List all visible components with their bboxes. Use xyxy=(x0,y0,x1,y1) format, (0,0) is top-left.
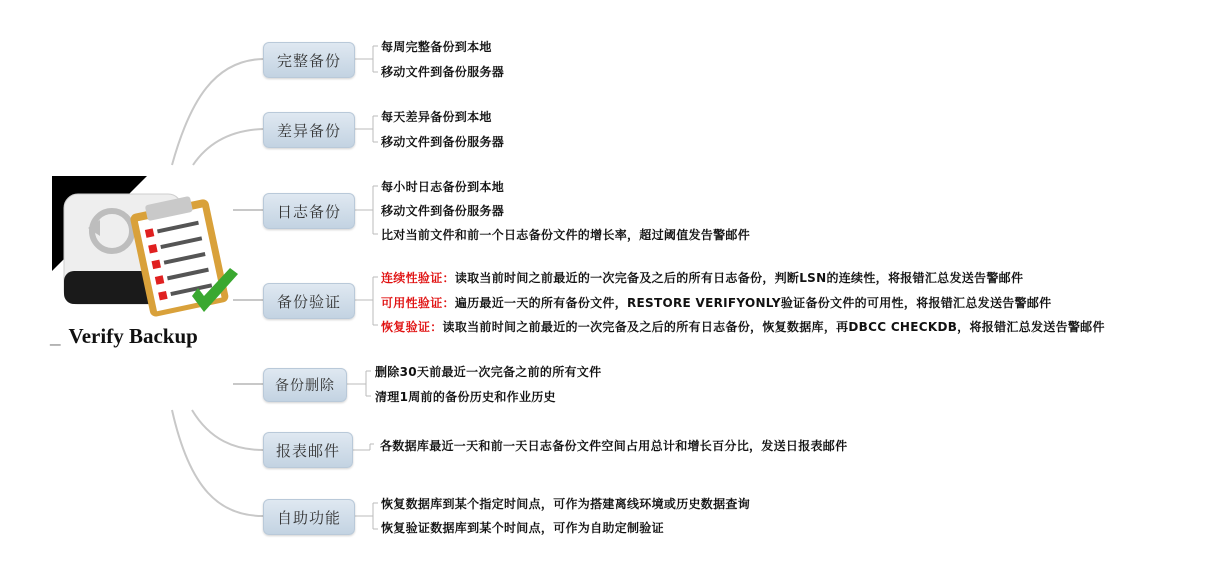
root-prefix: _ xyxy=(50,324,61,348)
leaf-item: 可用性验证：遍历最近一天的所有备份文件，RESTORE VERIFYONLY验证… xyxy=(381,294,1051,311)
branch-node-report-mail[interactable]: 报表邮件 xyxy=(263,432,353,468)
leaf-item: 比对当前文件和前一个日志备份文件的增长率，超过阈值发告警邮件 xyxy=(381,226,750,243)
leaf-item: 恢复验证数据库到某个时间点，可作为自助定制验证 xyxy=(381,519,664,536)
leaf-item: 恢复数据库到某个指定时间点，可作为搭建离线环境或历史数据查询 xyxy=(381,495,750,512)
branch-node-full-backup[interactable]: 完整备份 xyxy=(263,42,355,78)
root-node: _Verify Backup xyxy=(50,324,198,349)
leaf-item: 移动文件到备份服务器 xyxy=(381,63,504,80)
leaf-item: 各数据库最近一天和前一天日志备份文件空间占用总计和增长百分比，发送日报表邮件 xyxy=(380,437,847,454)
branch-node-backup-delete[interactable]: 备份删除 xyxy=(263,368,347,402)
leaf-highlight: 恢复验证： xyxy=(381,320,443,334)
branch-node-self-service[interactable]: 自助功能 xyxy=(263,499,355,535)
leaf-text: 读取当前时间之前最近的一次完备及之后的所有日志备份，判断LSN的连续性，将报错汇… xyxy=(455,271,1023,285)
root-label: Verify Backup xyxy=(69,324,198,348)
leaf-item: 移动文件到备份服务器 xyxy=(381,133,504,150)
leaf-item: 每小时日志备份到本地 xyxy=(381,178,504,195)
leaf-item: 删除30天前最近一次完备之前的所有文件 xyxy=(375,363,601,380)
leaf-text: 读取当前时间之前最近的一次完备及之后的所有日志备份，恢复数据库，再DBCC CH… xyxy=(443,320,1105,334)
leaf-item: 移动文件到备份服务器 xyxy=(381,202,504,219)
leaf-item: 连续性验证：读取当前时间之前最近的一次完备及之后的所有日志备份，判断LSN的连续… xyxy=(381,269,1023,286)
leaf-item: 清理1周前的备份历史和作业历史 xyxy=(375,388,556,405)
branch-node-log-backup[interactable]: 日志备份 xyxy=(263,193,355,229)
leaf-highlight: 连续性验证： xyxy=(381,271,455,285)
leaf-item: 恢复验证：读取当前时间之前最近的一次完备及之后的所有日志备份，恢复数据库，再DB… xyxy=(381,318,1105,335)
backup-drive-checklist-icon xyxy=(52,176,242,326)
leaf-item: 每周完整备份到本地 xyxy=(381,38,492,55)
leaf-text: 遍历最近一天的所有备份文件，RESTORE VERIFYONLY验证备份文件的可… xyxy=(455,296,1052,310)
branch-node-differential-backup[interactable]: 差异备份 xyxy=(263,112,355,148)
mind-map: _Verify Backup 完整备份 每周完整备份到本地 移动文件到备份服务器… xyxy=(0,0,1212,576)
leaf-item: 每天差异备份到本地 xyxy=(381,108,492,125)
branch-node-backup-verify[interactable]: 备份验证 xyxy=(263,283,355,319)
leaf-highlight: 可用性验证： xyxy=(381,296,455,310)
